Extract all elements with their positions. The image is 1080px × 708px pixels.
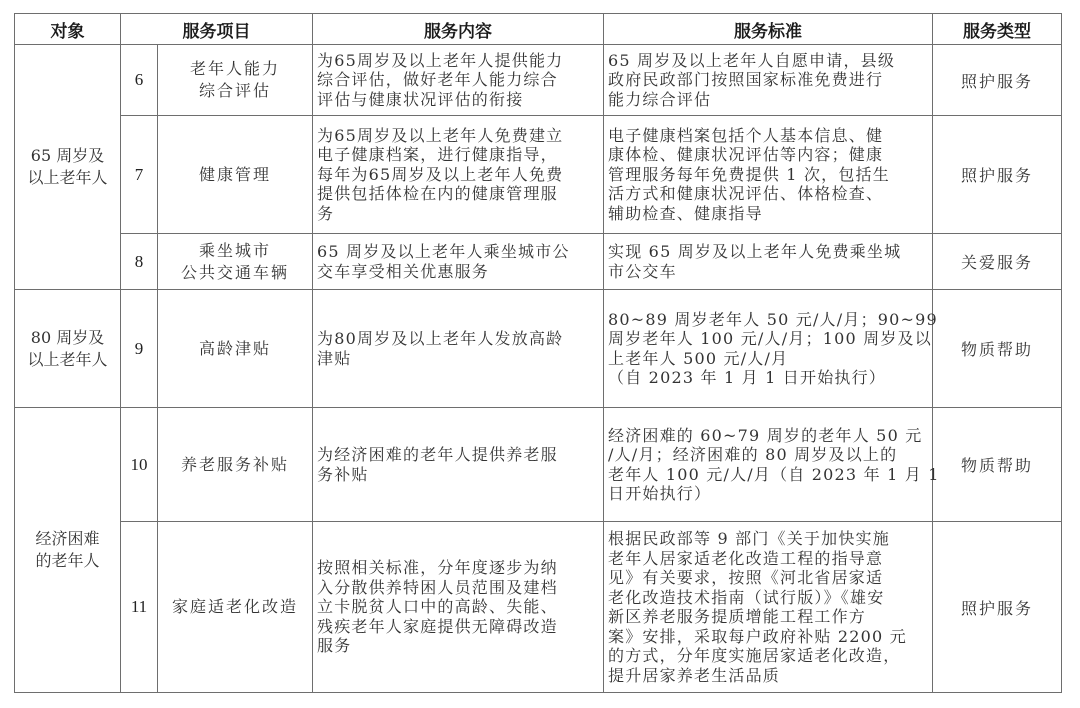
header-standard: 服务标准 — [604, 14, 933, 45]
service-content: 为65周岁及以上老年人提供能力 综合评估，做好老年人能力综合 评估与健康状况评估… — [313, 45, 604, 116]
table-row: 8 乘坐城市 公共交通车辆 65 周岁及以上老年人乘坐城市公 交车享受相关优惠服… — [15, 234, 1062, 290]
service-standard: 实现 65 周岁及以上老年人免费乘坐城 市公交车 — [604, 234, 933, 290]
service-type: 照护服务 — [933, 45, 1062, 116]
item-number: 7 — [121, 116, 158, 234]
service-content: 为80周岁及以上老年人发放高龄 津贴 — [313, 290, 604, 408]
header-target: 对象 — [15, 14, 121, 45]
table-row: 7 健康管理 为65周岁及以上老年人免费建立 电子健康档案，进行健康指导， 每年… — [15, 116, 1062, 234]
item-name: 家庭适老化改造 — [158, 522, 313, 693]
elderly-services-table: 对象 服务项目 服务内容 服务标准 服务类型 65 周岁及 以上老年人 6 老年… — [14, 13, 1062, 693]
item-number: 6 — [121, 45, 158, 116]
service-type: 照护服务 — [933, 522, 1062, 693]
item-name: 养老服务补贴 — [158, 408, 313, 522]
service-type: 关爱服务 — [933, 234, 1062, 290]
table-row: 11 家庭适老化改造 按照相关标准，分年度逐步为纳 入分散供养特困人员范围及建档… — [15, 522, 1062, 693]
service-content: 为65周岁及以上老年人免费建立 电子健康档案，进行健康指导， 每年为65周岁及以… — [313, 116, 604, 234]
service-content: 为经济困难的老年人提供养老服 务补贴 — [313, 408, 604, 522]
header-content: 服务内容 — [313, 14, 604, 45]
service-standard: 80~89 周岁老年人 50 元/人/月；90~99 周岁老年人 100 元/人… — [604, 290, 933, 408]
item-number: 9 — [121, 290, 158, 408]
target-cell: 65 周岁及 以上老年人 — [15, 45, 121, 290]
service-standard: 65 周岁及以上老年人自愿申请，县级 政府民政部门按照国家标准免费进行 能力综合… — [604, 45, 933, 116]
table-row: 80 周岁及 以上老年人 9 高龄津贴 为80周岁及以上老年人发放高龄 津贴 8… — [15, 290, 1062, 408]
item-number: 11 — [121, 522, 158, 693]
header-item: 服务项目 — [121, 14, 313, 45]
item-name: 老年人能力 综合评估 — [158, 45, 313, 116]
item-number: 10 — [121, 408, 158, 522]
header-type: 服务类型 — [933, 14, 1062, 45]
service-standard: 电子健康档案包括个人基本信息、健 康体检、健康状况评估等内容；健康 管理服务每年… — [604, 116, 933, 234]
target-cell: 经济困难 的老年人 — [15, 408, 121, 693]
item-name: 健康管理 — [158, 116, 313, 234]
service-content: 65 周岁及以上老年人乘坐城市公 交车享受相关优惠服务 — [313, 234, 604, 290]
target-cell: 80 周岁及 以上老年人 — [15, 290, 121, 408]
service-type: 物质帮助 — [933, 408, 1062, 522]
table-row: 65 周岁及 以上老年人 6 老年人能力 综合评估 为65周岁及以上老年人提供能… — [15, 45, 1062, 116]
item-number: 8 — [121, 234, 158, 290]
header-row: 对象 服务项目 服务内容 服务标准 服务类型 — [15, 14, 1062, 45]
table-row: 经济困难 的老年人 10 养老服务补贴 为经济困难的老年人提供养老服 务补贴 经… — [15, 408, 1062, 522]
service-standard: 经济困难的 60~79 周岁的老年人 50 元 /人/月；经济困难的 80 周岁… — [604, 408, 933, 522]
item-name: 乘坐城市 公共交通车辆 — [158, 234, 313, 290]
service-content: 按照相关标准，分年度逐步为纳 入分散供养特困人员范围及建档 立卡脱贫人口中的高龄… — [313, 522, 604, 693]
item-name: 高龄津贴 — [158, 290, 313, 408]
service-type: 照护服务 — [933, 116, 1062, 234]
service-type: 物质帮助 — [933, 290, 1062, 408]
service-standard: 根据民政部等 9 部门《关于加快实施 老年人居家适老化改造工程的指导意 见》有关… — [604, 522, 933, 693]
